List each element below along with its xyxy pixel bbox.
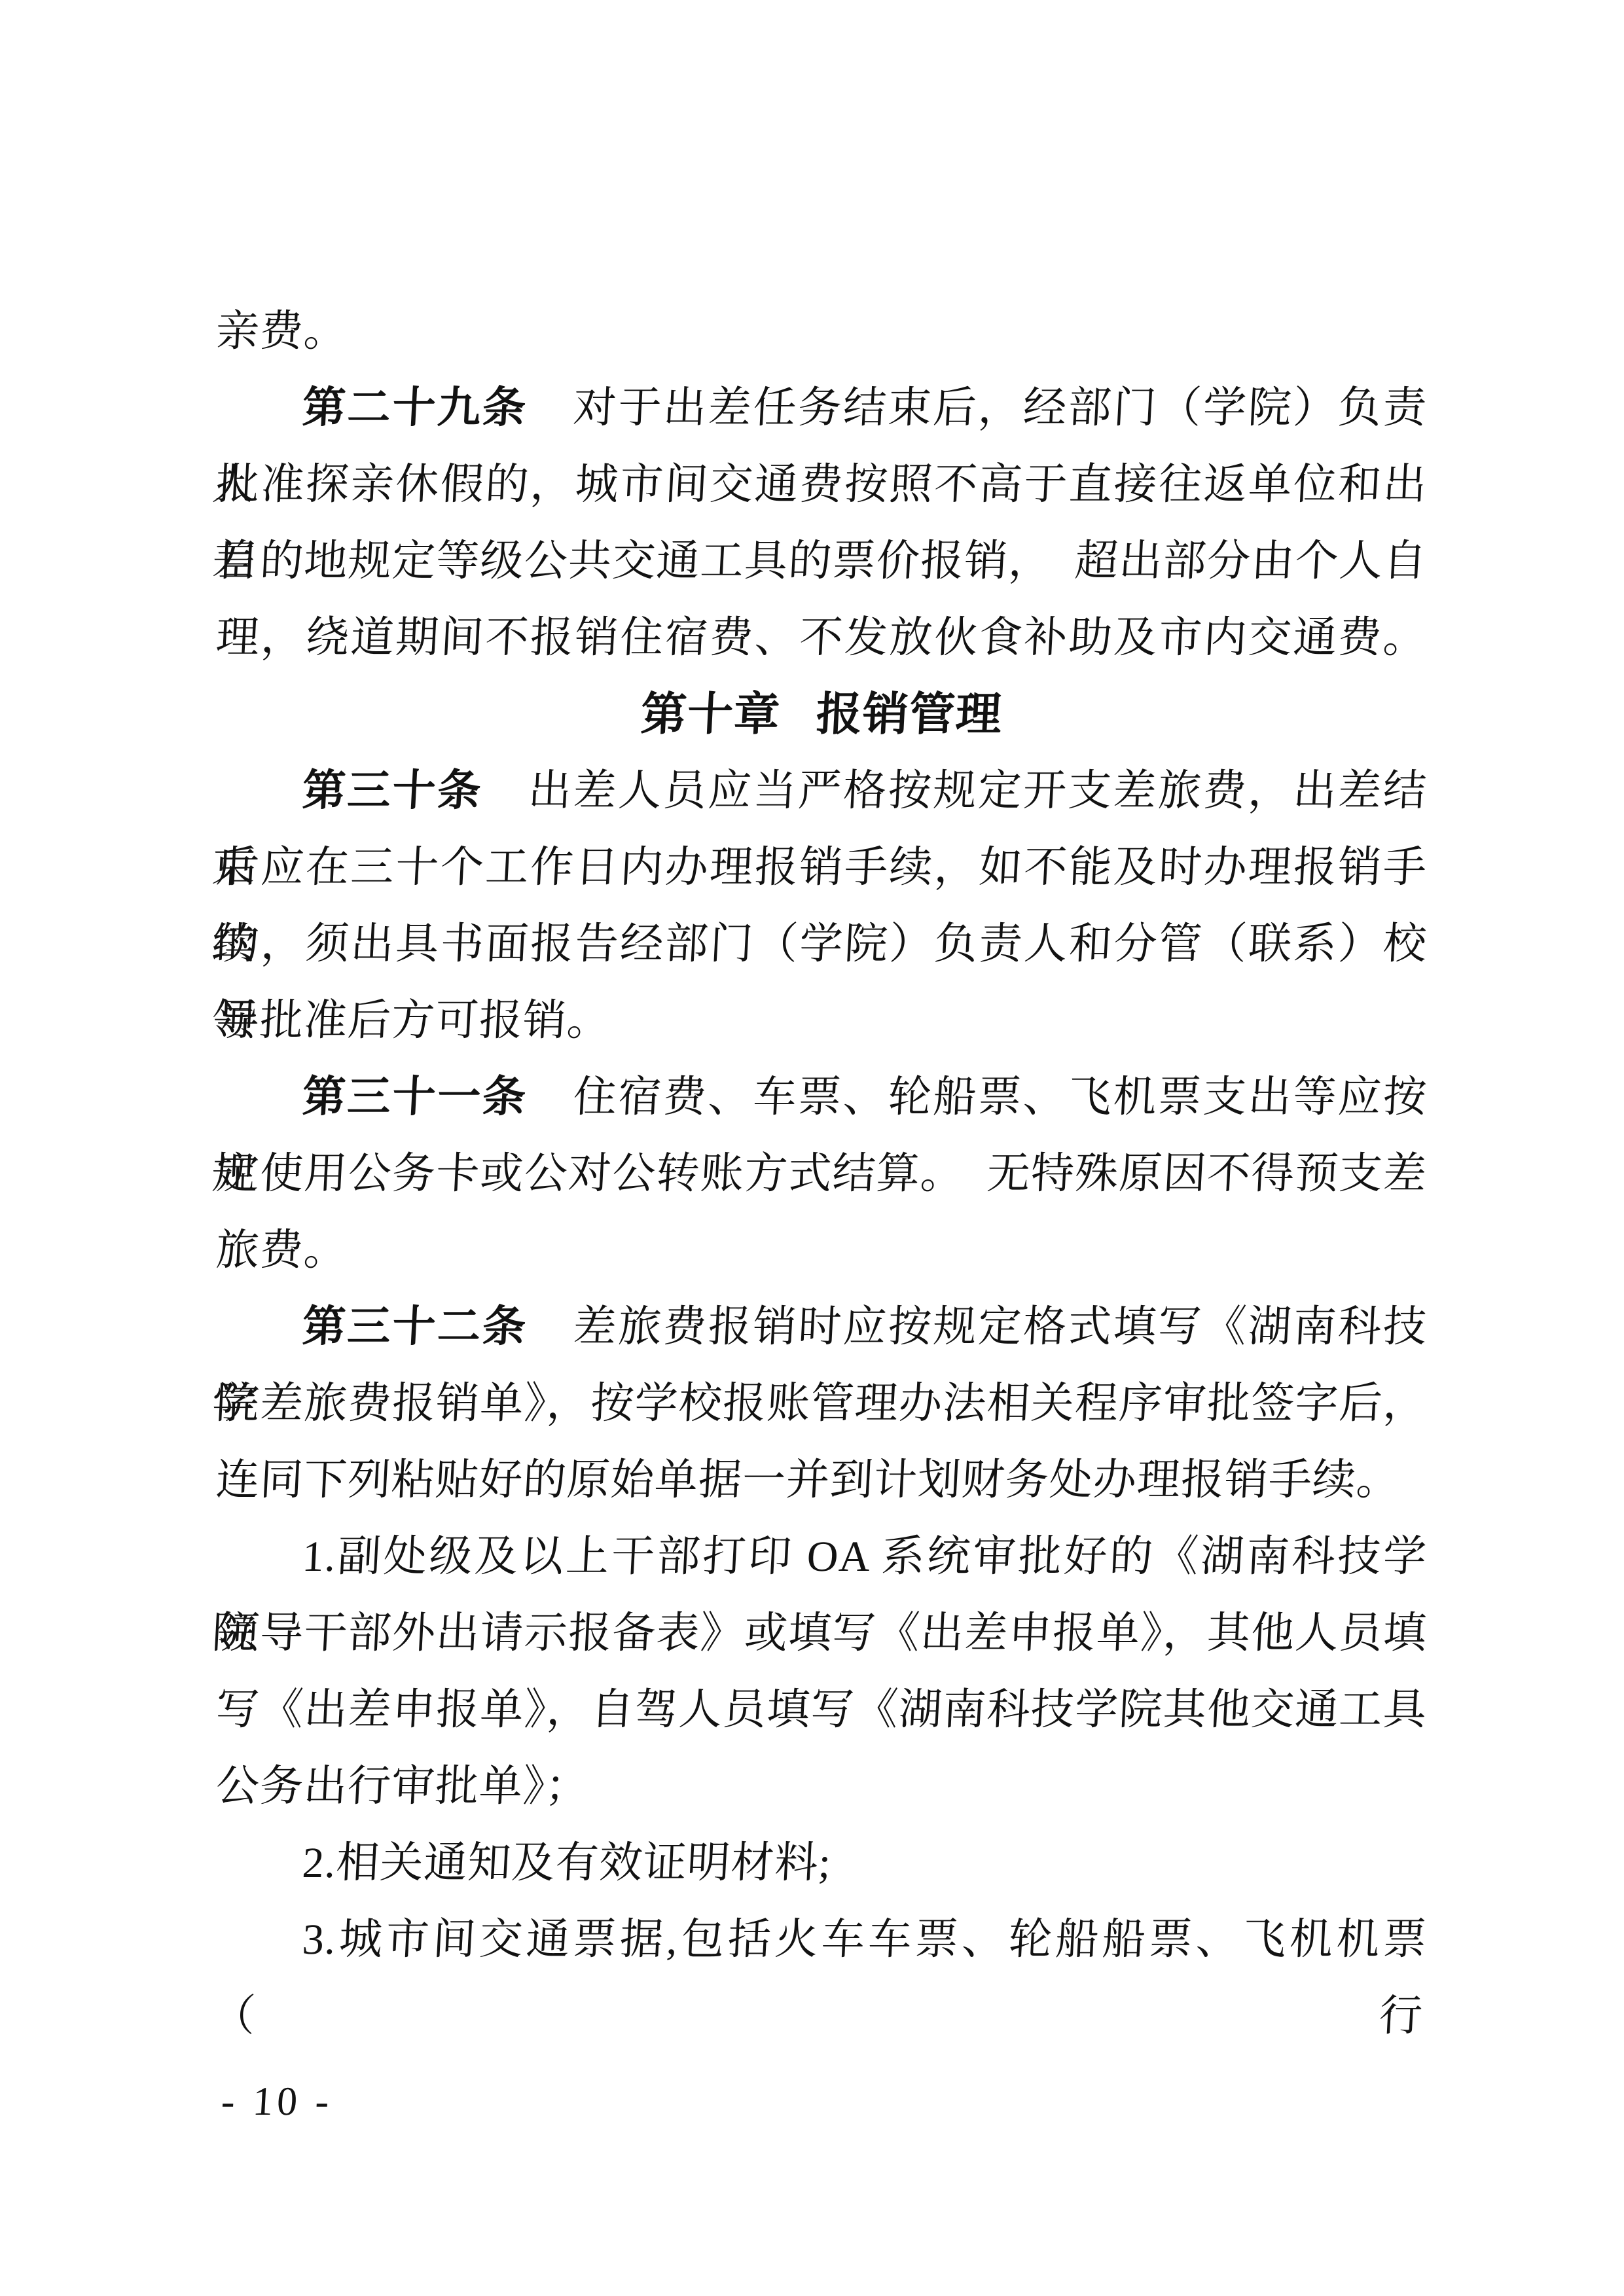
line-text: 理，绕道期间不报销住宿费、不发放伙食补助及市内交通费。 bbox=[215, 614, 1428, 662]
document-body: 亲费。 第二十九条对于出差任务结束后，经部门（学院）负责人 批准探亲休假的，城市… bbox=[216, 293, 1427, 1978]
chapter-number: 第十章 bbox=[640, 689, 782, 740]
clause-30-line: 第三十条出差人员应当严格按规定开支差旅费，出差结束 bbox=[214, 753, 1429, 829]
line-text: 旅费。 bbox=[215, 1227, 349, 1274]
paragraph-line: 定使用公务卡或公对公转账方式结算。 无特殊原因不得预支差 bbox=[214, 1136, 1429, 1212]
line-text: 2.相关通知及有效证明材料; bbox=[301, 1839, 833, 1887]
list-item-3: 3.城市间交通票据,包括火车车票、轮船船票、飞机机票（行 bbox=[214, 1901, 1429, 1978]
clause-32-line: 第三十二条差旅费报销时应按规定格式填写《湖南科技学 bbox=[214, 1289, 1429, 1365]
chapter-heading: 第十章报销管理 bbox=[214, 676, 1429, 753]
clause-number: 第二十九条 bbox=[301, 384, 529, 432]
line-text: 院差旅费报销单》，按学校报账管理办法相关程序审批签字后， bbox=[215, 1380, 1428, 1427]
paragraph-line: 连同下列粘贴好的原始单据一并到计划财务处办理报销手续。 bbox=[214, 1442, 1429, 1518]
list-item-1: 1.副处级及以上干部打印 OA 系统审批好的《湖南科技学院 bbox=[214, 1518, 1429, 1595]
line-text: 定使用公务卡或公对公转账方式结算。 无特殊原因不得预支差 bbox=[215, 1150, 1428, 1198]
paragraph-line: 院差旅费报销单》，按学校报账管理办法相关程序审批签字后， bbox=[214, 1365, 1429, 1442]
clause-31-line: 第三十一条住宿费、车票、轮船票、飞机票支出等应按规 bbox=[214, 1059, 1429, 1136]
paragraph-line: 理，绕道期间不报销住宿费、不发放伙食补助及市内交通费。 bbox=[214, 600, 1429, 676]
page-number: - 10 - bbox=[220, 2079, 334, 2125]
paragraph-line: 写《出差申报单》，自驾人员填写《湖南科技学院其他交通工具 bbox=[214, 1672, 1429, 1748]
clause-number: 第三十条 bbox=[301, 767, 484, 815]
line-text: 领导干部外出请示报备表》或填写《出差申报单》，其他人员填 bbox=[215, 1609, 1428, 1657]
list-item-2: 2.相关通知及有效证明材料; bbox=[214, 1825, 1429, 1901]
paragraph-line: 亲费。 bbox=[214, 293, 1429, 370]
line-text: 导批准后方可报销。 bbox=[215, 997, 612, 1045]
paragraph-line: 导批准后方可报销。 bbox=[214, 982, 1429, 1059]
clause-number: 第三十二条 bbox=[301, 1303, 529, 1351]
paragraph-line: 目的地规定等级公共交通工具的票价报销， 超出部分由个人自 bbox=[214, 523, 1429, 600]
document-page: 亲费。 第二十九条对于出差任务结束后，经部门（学院）负责人 批准探亲休假的，城市… bbox=[0, 0, 1624, 2296]
clause-number: 第三十一条 bbox=[301, 1073, 529, 1121]
paragraph-line: 的，须出具书面报告经部门（学院）负责人和分管（联系）校领 bbox=[214, 906, 1429, 982]
paragraph-line: 旅费。 bbox=[214, 1212, 1429, 1289]
line-text: 公务出行审批单》； bbox=[215, 1763, 590, 1810]
paragraph-line: 批准探亲休假的，城市间交通费按照不高于直接往返单位和出差 bbox=[214, 446, 1429, 523]
chapter-title: 报销管理 bbox=[815, 689, 1003, 740]
line-text: 目的地规定等级公共交通工具的票价报销， 超出部分由个人自 bbox=[215, 537, 1428, 585]
line-text: 连同下列粘贴好的原始单据一并到计划财务处办理报销手续。 bbox=[215, 1456, 1401, 1504]
line-text: 3.城市间交通票据,包括火车车票、轮船船票、飞机机票（行 bbox=[211, 1916, 1428, 2040]
line-text: 写《出差申报单》，自驾人员填写《湖南科技学院其他交通工具 bbox=[215, 1686, 1428, 1734]
line-text: 亲费。 bbox=[215, 308, 349, 355]
clause-29-line: 第二十九条对于出差任务结束后，经部门（学院）负责人 bbox=[214, 370, 1429, 446]
paragraph-line: 后应在三十个工作日内办理报销手续，如不能及时办理报销手续 bbox=[214, 829, 1429, 906]
paragraph-line: 公务出行审批单》； bbox=[214, 1748, 1429, 1825]
paragraph-line: 领导干部外出请示报备表》或填写《出差申报单》，其他人员填 bbox=[214, 1595, 1429, 1672]
